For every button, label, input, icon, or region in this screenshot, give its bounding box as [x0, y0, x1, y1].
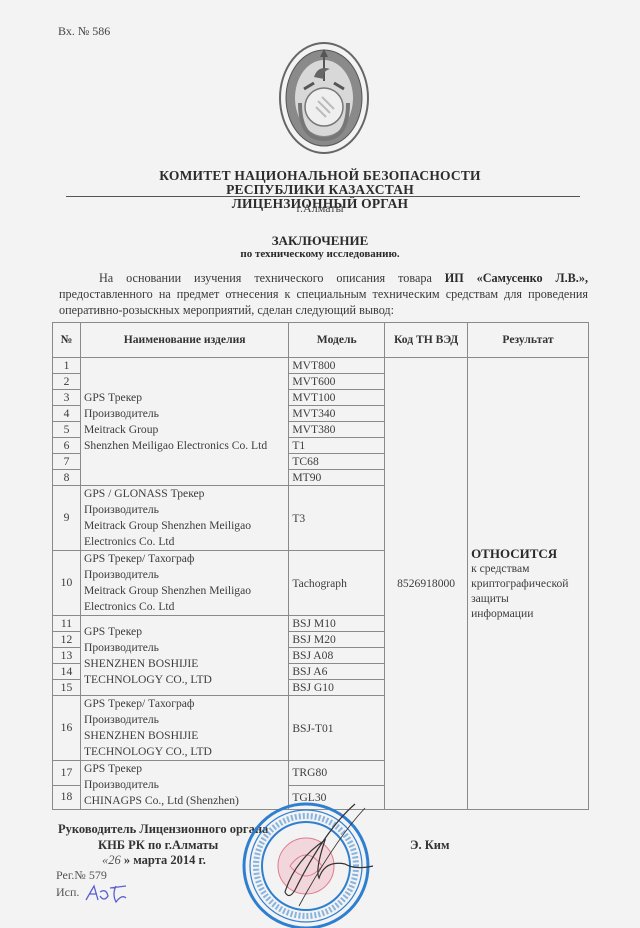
kazakhstan-knb-emblem-icon	[278, 41, 370, 156]
product-name-line: Shenzhen Meiligao Electronics Co. Ltd	[84, 438, 285, 454]
product-name: GPS / GLONASS ТрекерПроизводительMeitrac…	[80, 486, 288, 551]
product-name-line: Производитель	[84, 640, 285, 656]
product-model: MVT340	[289, 406, 385, 422]
product-name-line: Meitrack Group Shenzhen Meiligao Electro…	[84, 518, 285, 550]
product-model: T1	[289, 438, 385, 454]
product-model: BSJ A08	[289, 648, 385, 664]
product-name: GPS ТрекерПроизводительMeitrack GroupShe…	[80, 358, 288, 486]
product-name-line: Meitrack Group	[84, 422, 285, 438]
row-number: 15	[53, 680, 81, 696]
product-model: TC68	[289, 454, 385, 470]
product-name-line: GPS Трекер/ Тахограф	[84, 551, 285, 567]
row-number: 5	[53, 422, 81, 438]
date-day: «26	[102, 853, 121, 867]
header-no: №	[53, 323, 81, 358]
signer-name: Э. Ким	[410, 838, 450, 853]
product-name-line: Производитель	[84, 777, 285, 793]
row-number: 13	[53, 648, 81, 664]
product-name-line: Производитель	[84, 502, 285, 518]
product-model: T3	[289, 486, 385, 551]
header-code: Код ТН ВЭД	[385, 323, 468, 358]
product-name-line: GPS Трекер	[84, 390, 285, 406]
incoming-number: Вх. № 586	[58, 24, 110, 39]
document-title: ЗАКЛЮЧЕНИЕ	[0, 233, 640, 249]
intro-text-before: На основании изучения технического описа…	[99, 271, 445, 285]
product-model: BSJ M20	[289, 632, 385, 648]
product-name-line: Meitrack Group Shenzhen Meiligao Electro…	[84, 583, 285, 615]
row-number: 14	[53, 664, 81, 680]
row-number: 10	[53, 551, 81, 616]
result-verdict: ОТНОСИТСЯ	[471, 546, 585, 561]
result-line: к средствам	[471, 561, 585, 576]
row-number: 18	[53, 785, 81, 810]
product-model: BSJ M10	[289, 616, 385, 632]
row-number: 4	[53, 406, 81, 422]
row-number: 7	[53, 454, 81, 470]
header-divider	[66, 196, 580, 197]
product-name-line: TECHNOLOGY CO., LTD	[84, 744, 285, 760]
intro-company: ИП «Самусенко Л.В.»,	[445, 271, 588, 285]
product-name-line: TECHNOLOGY CO., LTD	[84, 672, 285, 688]
row-number: 9	[53, 486, 81, 551]
row-number: 17	[53, 761, 81, 786]
product-model: Tachograph	[289, 551, 385, 616]
row-number: 11	[53, 616, 81, 632]
date-rest: » марта 2014 г.	[121, 853, 206, 867]
executor-label: Исп.	[56, 885, 79, 900]
product-name-line: GPS Трекер	[84, 624, 285, 640]
header-name: Наименование изделия	[80, 323, 288, 358]
items-table: № Наименование изделия Модель Код ТН ВЭД…	[52, 322, 589, 810]
row-number: 2	[53, 374, 81, 390]
row-number: 8	[53, 470, 81, 486]
product-model: MVT800	[289, 358, 385, 374]
row-number: 16	[53, 696, 81, 761]
table-row: 1GPS ТрекерПроизводительMeitrack GroupSh…	[53, 358, 589, 374]
signer-position-line1: Руководитель Лицензионного органа	[58, 822, 268, 837]
customs-code: 8526918000	[385, 358, 468, 810]
row-number: 6	[53, 438, 81, 454]
items-table-body: 1GPS ТрекерПроизводительMeitrack GroupSh…	[53, 358, 589, 810]
product-name: GPS ТрекерПроизводительSHENZHEN BOSHIJIE…	[80, 616, 288, 696]
result-line: защиты	[471, 591, 585, 606]
product-model: TRG80	[289, 761, 385, 786]
product-name-line: GPS Трекер/ Тахограф	[84, 696, 285, 712]
product-name-line: GPS Трекер	[84, 761, 285, 777]
product-name-line: Производитель	[84, 712, 285, 728]
city: г.Алматы	[0, 201, 640, 216]
signer-position-line2: КНБ РК по г.Алматы	[98, 838, 218, 853]
product-name-line: Производитель	[84, 567, 285, 583]
director-signature-icon	[255, 800, 375, 910]
intro-text-after: предоставленного на предмет отнесения к …	[59, 287, 588, 317]
signature-date: «26 » марта 2014 г.	[102, 853, 206, 868]
product-name-line: GPS / GLONASS Трекер	[84, 486, 285, 502]
row-number: 1	[53, 358, 81, 374]
result-line: информации	[471, 606, 585, 621]
product-model: MVT600	[289, 374, 385, 390]
product-name: GPS Трекер/ ТахографПроизводительSHENZHE…	[80, 696, 288, 761]
table-header-row: № Наименование изделия Модель Код ТН ВЭД…	[53, 323, 589, 358]
product-name-line: SHENZHEN BOSHIJIE	[84, 728, 285, 744]
product-model: MVT380	[289, 422, 385, 438]
intro-paragraph: На основании изучения технического описа…	[59, 270, 588, 318]
product-name-line: Производитель	[84, 406, 285, 422]
product-model: BSJ A6	[289, 664, 385, 680]
product-name: GPS Трекер/ ТахографПроизводительMeitrac…	[80, 551, 288, 616]
result-line: криптографической	[471, 576, 585, 591]
product-model: MT90	[289, 470, 385, 486]
row-number: 3	[53, 390, 81, 406]
document-subtitle: по техническому исследованию.	[0, 248, 640, 260]
result: ОТНОСИТСЯк средствамкриптографическойзащ…	[468, 358, 589, 810]
header-model: Модель	[289, 323, 385, 358]
header-result: Результат	[468, 323, 589, 358]
product-model: MVT100	[289, 390, 385, 406]
product-name-line: SHENZHEN BOSHIJIE	[84, 656, 285, 672]
product-model: BSJ G10	[289, 680, 385, 696]
product-model: BSJ-T01	[289, 696, 385, 761]
executor-signature-icon	[82, 880, 132, 906]
row-number: 12	[53, 632, 81, 648]
